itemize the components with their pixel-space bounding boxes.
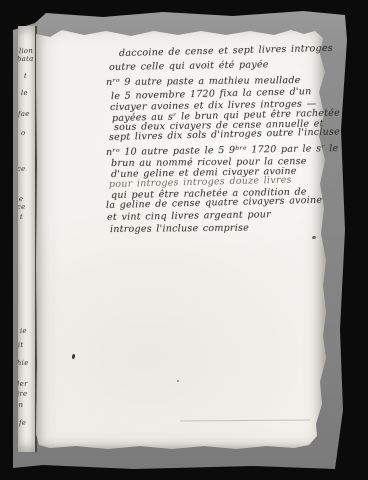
text-fragment: le — [21, 90, 28, 97]
text-fragment: it — [18, 342, 24, 349]
text-fragment: tire — [18, 391, 27, 398]
text-fragment: in — [18, 402, 23, 409]
microfilm-scan: lion bata t le fae o ce e ce t ie it hie… — [0, 0, 368, 480]
text-fragment: t — [20, 214, 23, 221]
previous-page-edge: lion bata t le fae o ce e ce t ie it hie… — [18, 26, 37, 452]
text-fragment: fe — [19, 420, 26, 427]
text-fragment: fae — [18, 111, 30, 118]
text-fragment: ie — [20, 328, 27, 335]
text-fragment: der — [18, 381, 28, 388]
manuscript-line: nʳᵒ 9 autre paste a mathieu meullade — [106, 76, 301, 88]
text-fragment: ce — [18, 166, 26, 173]
text-fragment: t — [24, 73, 27, 80]
text-fragment: bata — [18, 56, 34, 64]
text-fragment: ce — [18, 204, 26, 211]
text-fragment: o — [21, 130, 26, 137]
text-fragment: hie — [18, 360, 29, 367]
manuscript-line: introges l'incluse comprise — [110, 224, 249, 235]
ink-speck — [177, 380, 179, 382]
